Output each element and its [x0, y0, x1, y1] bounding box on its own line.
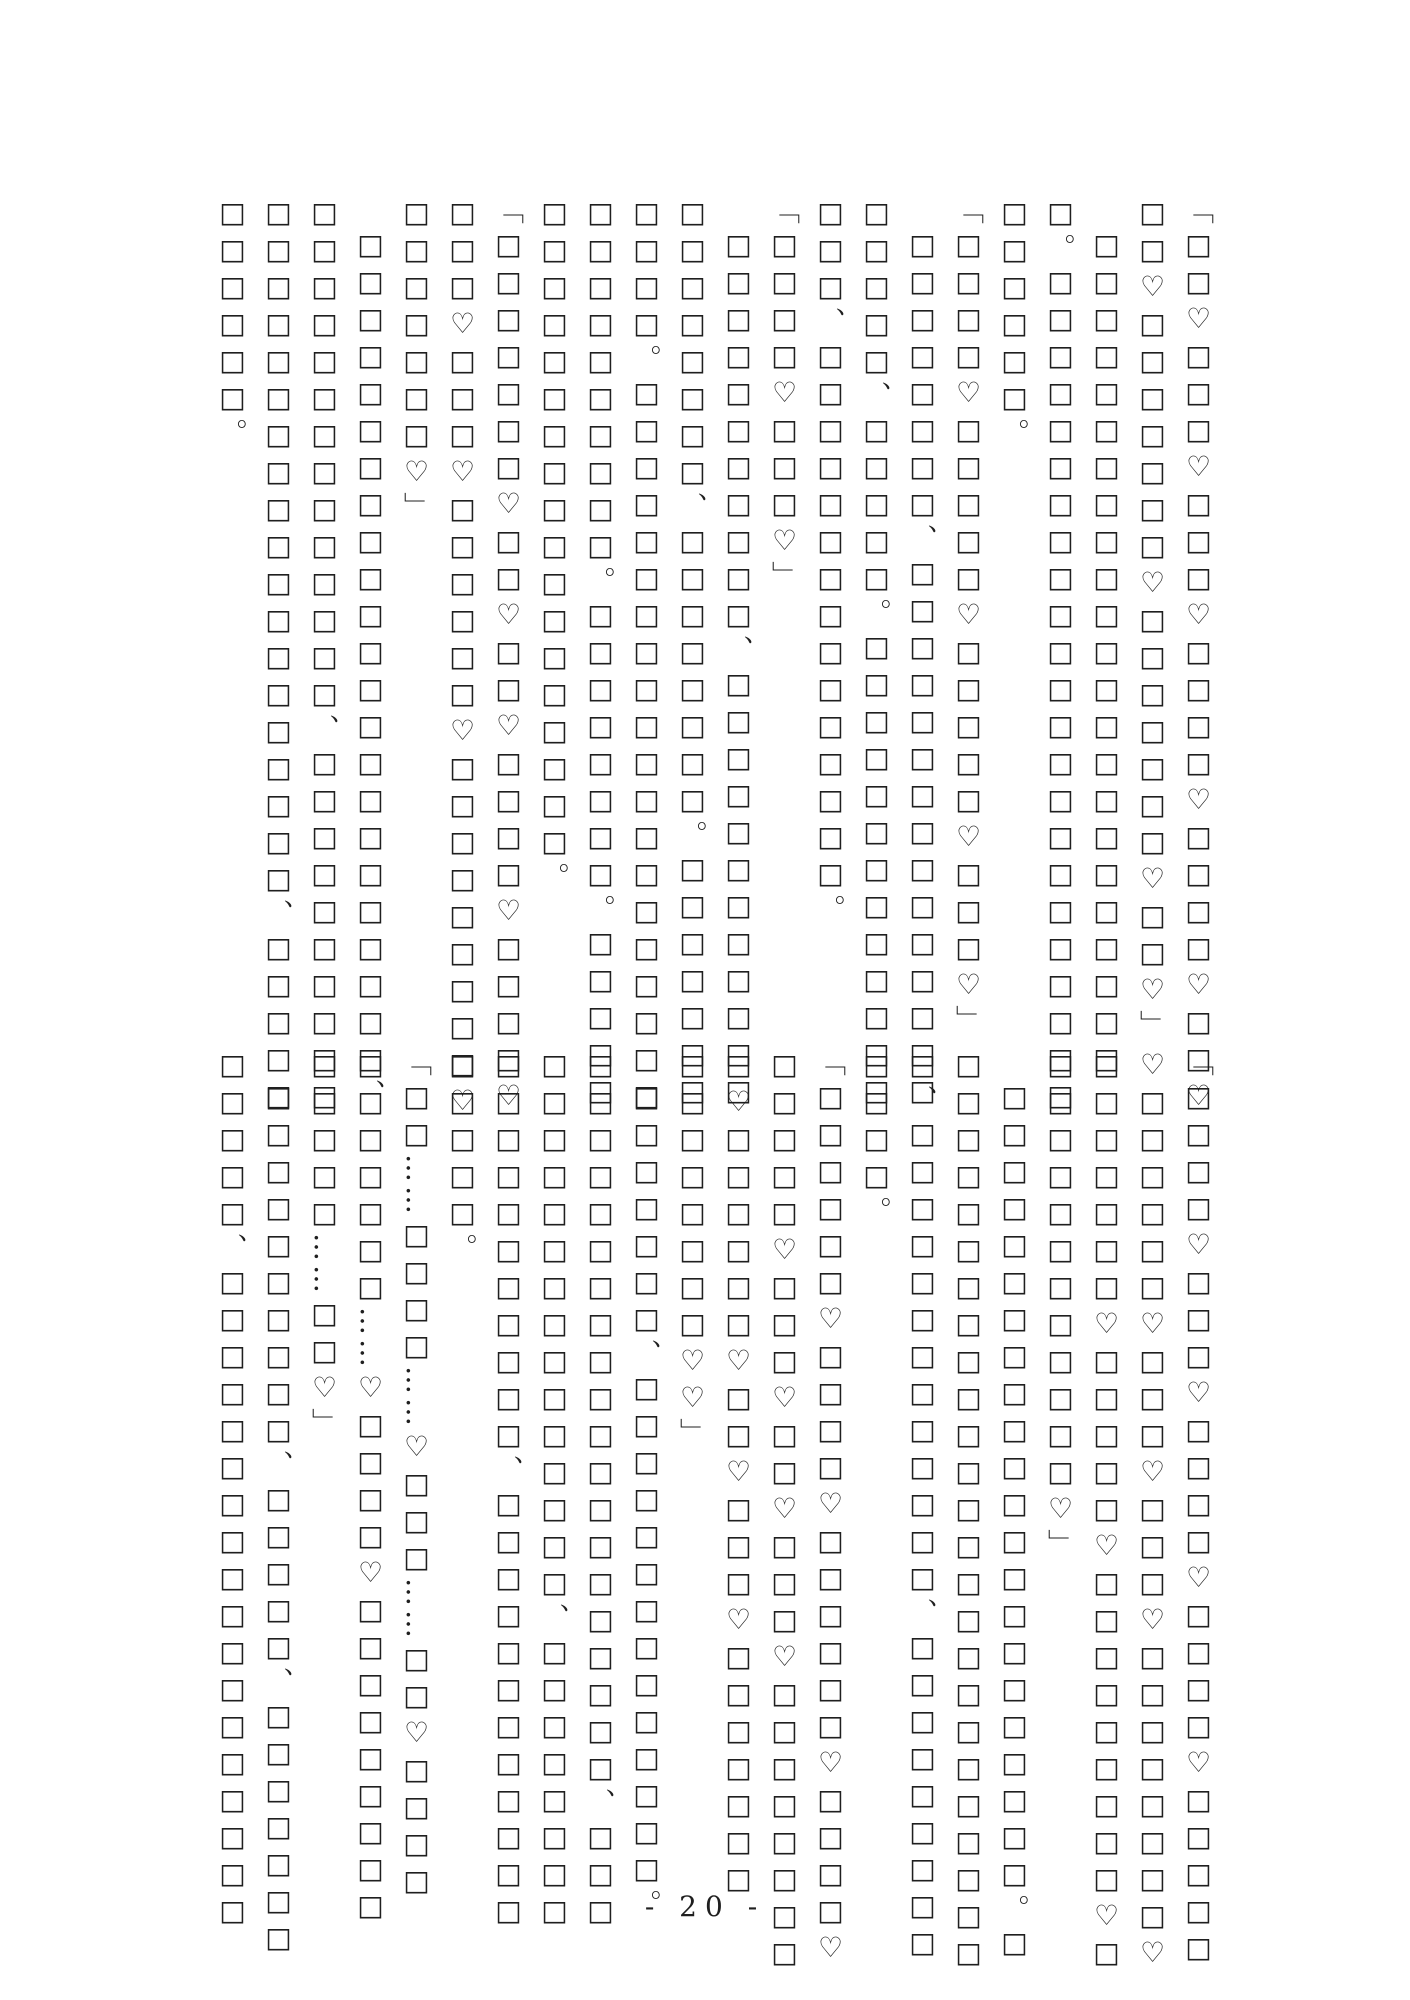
text-column: □□□□□□□□□□□、□□□□□□□□□□□□ [715, 196, 761, 1001]
text-column: □□□□□□□……♡□□□□♡□□□□□□□□□ [347, 1048, 393, 1853]
text-column: □□□□□□□□□□□□□□□□□□□□□□。□ [991, 1048, 1037, 1853]
text-column: 「□□□□♡□□□♡□□□□♡□□□□♡□□□□□ [1175, 1048, 1221, 1853]
text-column: □□□□□□□□、□□□□□□□□。□□□□□□□ [669, 196, 715, 1001]
text-column: □□□□□□□♡□□□□□♡□□□□□□□□□♡□ [1083, 1048, 1129, 1853]
lower-text-block: 「□□□□♡□□□♡□□□□♡□□□□♡□□□□□♡□□□□□□♡□□□♡□□□… [209, 1048, 1221, 1853]
text-column: □□□♡□□□♡□□□□□□♡□□□□□□□□□♡ [439, 196, 485, 1001]
text-column: □□□□□□。 [991, 196, 1037, 1001]
text-column: 「□□□□♡□□□□□♡□□□□□♡□□□♡」 [945, 196, 991, 1001]
text-column: □□□□□□。 [209, 196, 255, 1001]
text-column: □□♡□□□□□□□♡□□□□□□□♡□□♡」 [1129, 196, 1175, 1001]
text-column: □□□□□、□□□□□□□□□□□□□□□□□□ [209, 1048, 255, 1853]
text-column: □□□□□□□□□□□□♡」 [1037, 1048, 1083, 1853]
text-column: □。□□□□□□□□□□□□□□□□□□□□□□□ [1037, 196, 1083, 1001]
document-page: 「□□♡□□□♡□□□♡□□□□♡□□□□♡□□♡□□♡□□□□□□□♡□□□□… [0, 0, 1410, 2000]
text-column: □□□□□□□□□□□□□□□□□□□、□□□□□ [255, 196, 301, 1001]
text-column: □、□□□□□□□□□□□□□、□□□□□□□□□ [899, 1048, 945, 1853]
text-column: □□□□□。 [439, 1048, 485, 1853]
text-column: □□□□□□□□♡♡」 [669, 1048, 715, 1853]
text-column: □□□□□□□□□□□□□□□、□□□□□□□□ [531, 1048, 577, 1853]
text-column: □□□□□□□□□□。□□□□□□□□。□□□□□ [577, 196, 623, 1001]
text-column: □□□□□♡□□□♡□□♡□□□♡□□□□□□□□ [761, 1048, 807, 1853]
text-column: ♡□□□□□□♡□□□♡□□□♡□□□□□□□□♡ [1129, 1048, 1175, 1853]
upper-text-block: 「□□♡□□□♡□□□♡□□□□♡□□□□♡□□♡□□♡□□□□□□□♡□□□□… [209, 196, 1221, 1001]
text-column: □□□□□□□□□□□□□□□□□□□□□□□ [1083, 196, 1129, 1001]
text-column: □□□□□□□□□□□□□□□□□□□□□□□□□ [945, 1048, 991, 1853]
text-column: □□□□□、□□□□□。□□□□□□□□□□□□□ [853, 196, 899, 1001]
text-column: □□□□□□□□、□□□□□□□□□□□□□□□ [899, 196, 945, 1001]
text-column: 「□□♡□□□♡□□□♡□□□□♡□□□□♡□□♡ [1175, 196, 1221, 1001]
text-column: □□□□□□□□□□□□□□□□□□。 [531, 196, 577, 1001]
text-column: □□□、□□□□□□□□□□□□□□□。 [807, 196, 853, 1001]
page-number: - 20 - [0, 1890, 1410, 1923]
text-column: □♡□□□□□□♡□□♡□□□♡□□□□□□□ [715, 1048, 761, 1853]
text-column: □□□□。 [853, 1048, 899, 1853]
text-column: □□□□。□□□□□□□□□□□□□□□□□□□□ [623, 196, 669, 1001]
text-column: □□□□□□□□□□□、□□□□□□□□□□□□ [485, 1048, 531, 1853]
text-column: □□□□□□□□□□、□□□□□、□□□□□□□ [255, 1048, 301, 1853]
text-column: □□□□□□□□□□□□□□□□□□□□、□□□ [577, 1048, 623, 1853]
text-column: 「□□□□□□□♡□□♡□□♡□□□□♡□□□□♡ [485, 196, 531, 1001]
text-column: □□□□□□□□□□□□□□□□□□□□□□□、 [347, 196, 393, 1001]
text-column: □□□□□□□♡」 [393, 196, 439, 1001]
text-column: 「□□□□□□♡□□□□♡□□□□□□♡□□□□♡ [807, 1048, 853, 1853]
text-column: □□□□□□□□□□□□□□、□□□□□□□□□□ [301, 196, 347, 1001]
text-column: □□□□□□□、□□□□□□□□□□□□□□。 [623, 1048, 669, 1853]
text-column: 「□□□□♡□□□♡」 [761, 196, 807, 1001]
text-column: □□□□□……□□♡」 [301, 1048, 347, 1853]
text-column: 「□□……□□□□……♡□□□……□□♡□□□□ [393, 1048, 439, 1853]
